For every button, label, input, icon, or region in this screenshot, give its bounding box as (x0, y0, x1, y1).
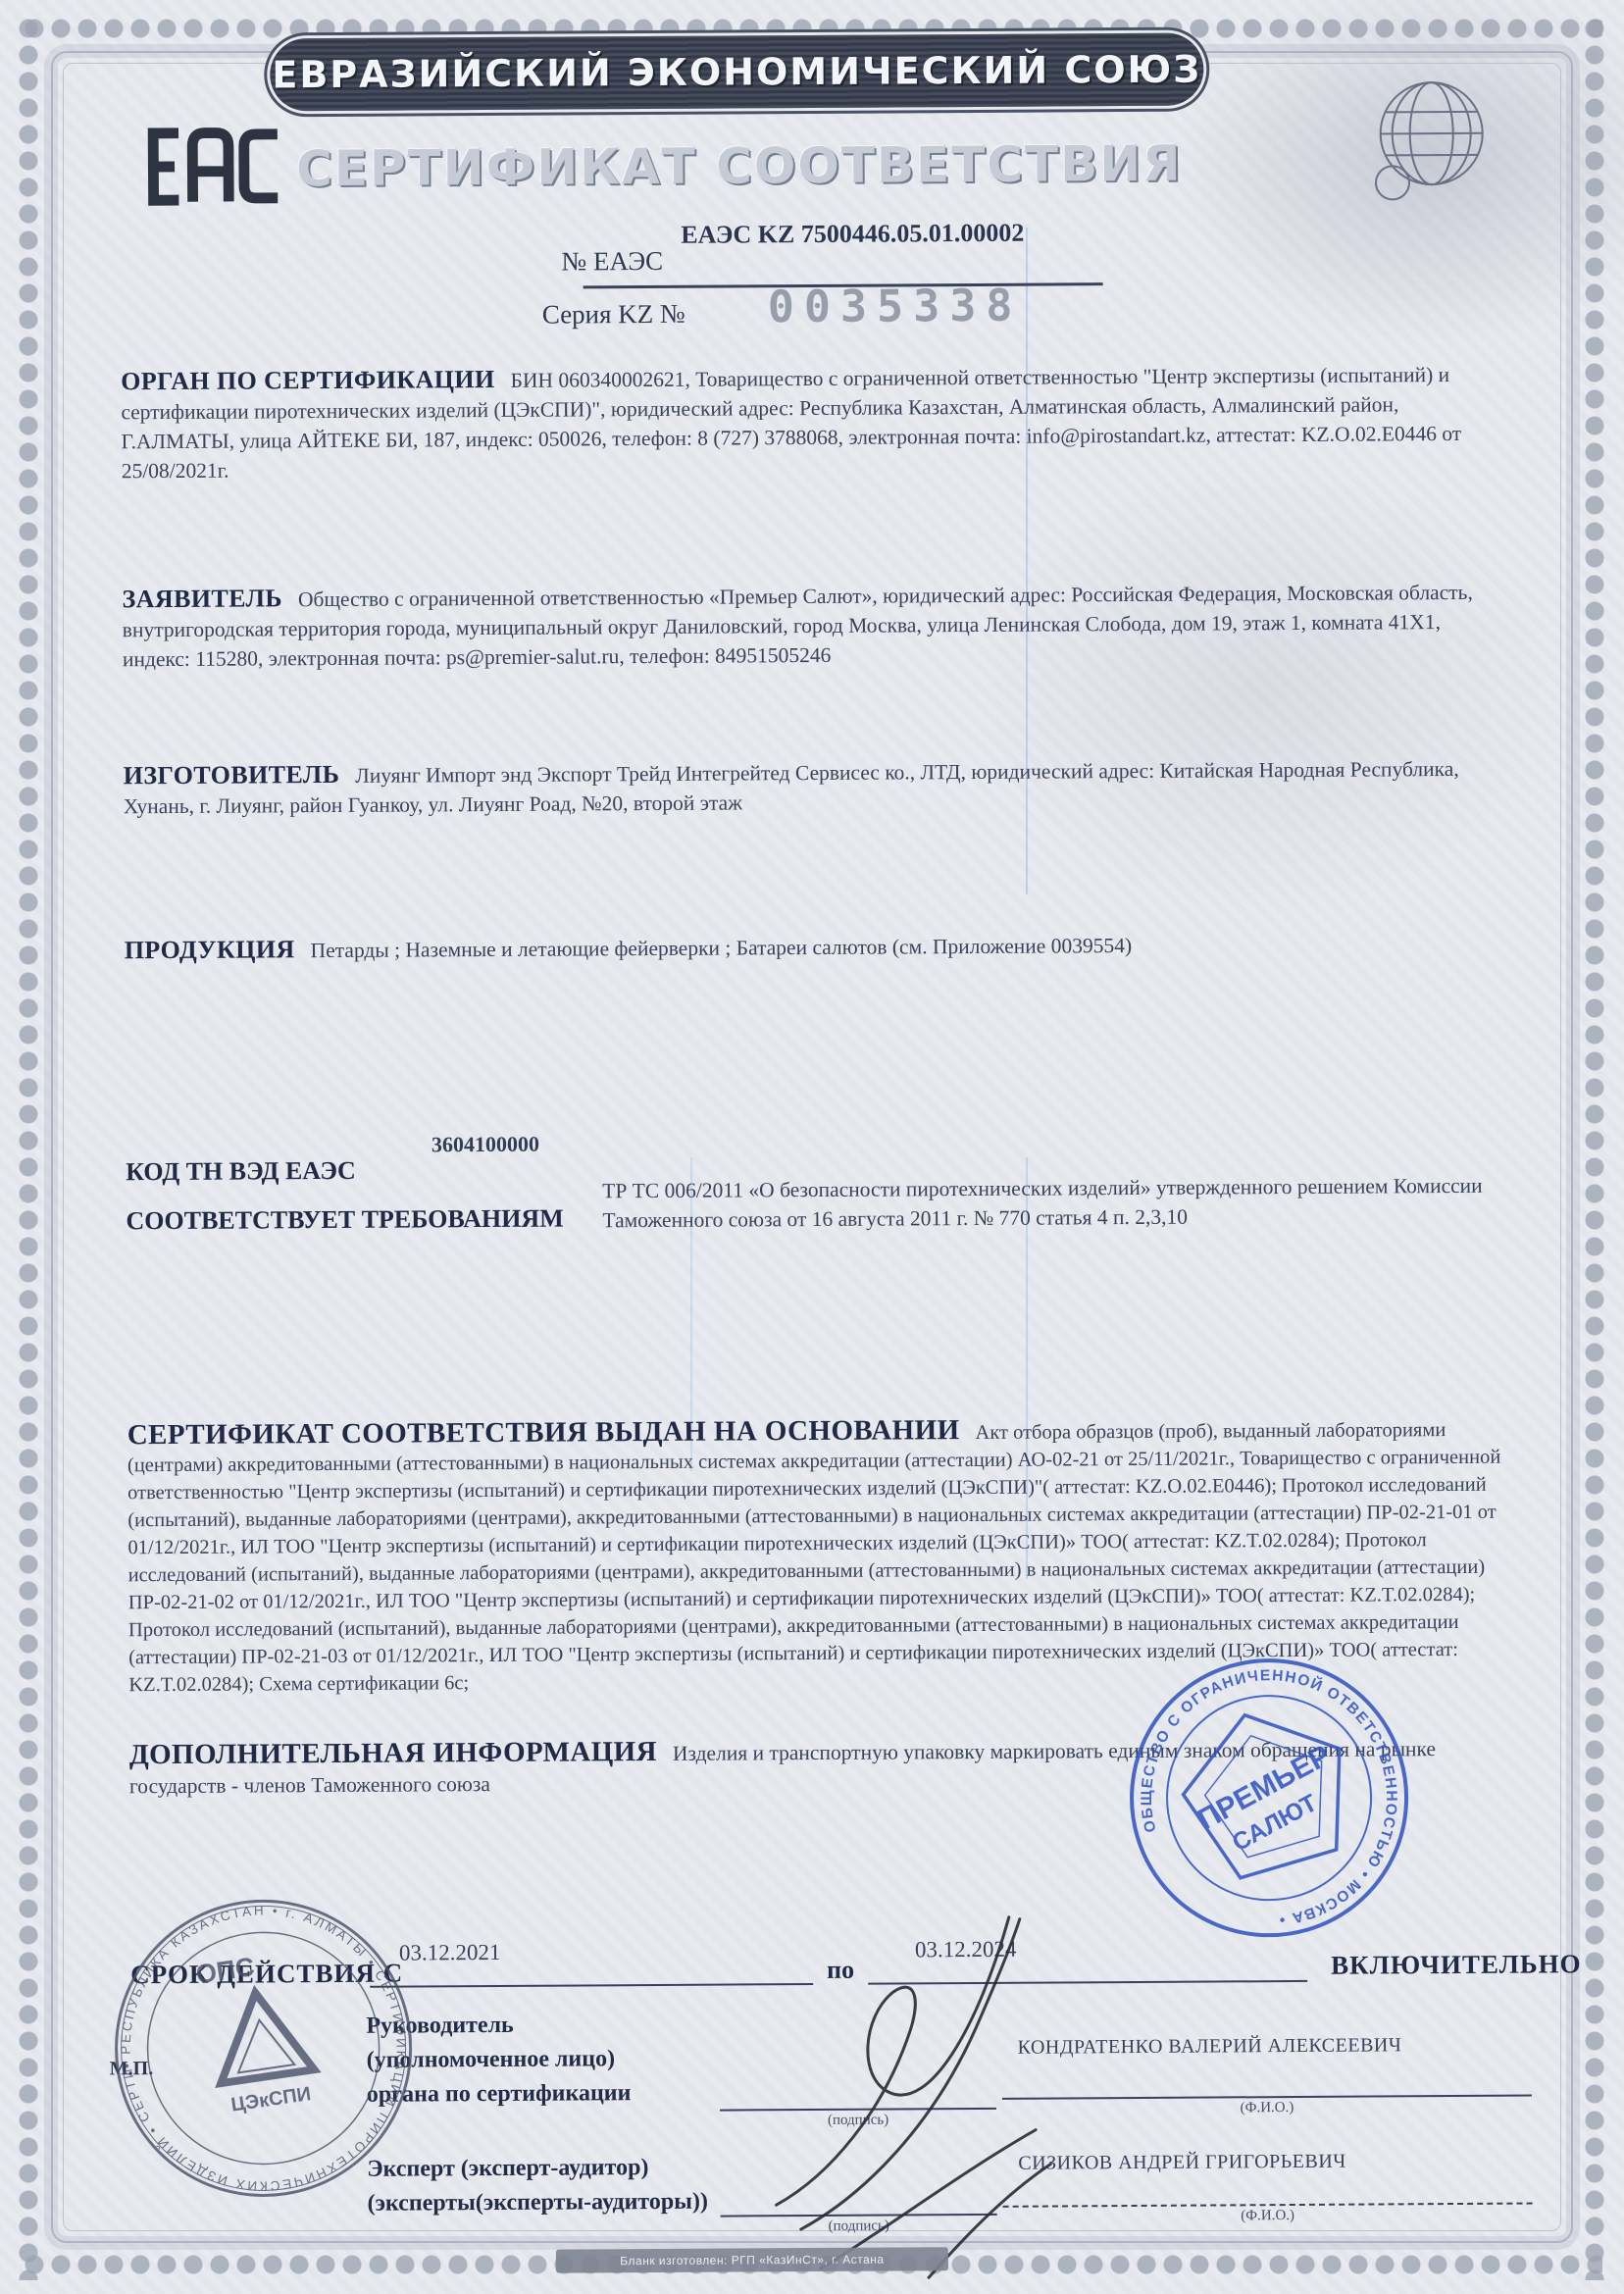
left-stamp-ops-text: ОПС (194, 1952, 257, 1989)
number-value: ЕАЭС KZ 7500446.05.01.00002 (592, 218, 1112, 250)
union-banner-text: ЕВРАЗИЙСКИЙ ЭКОНОМИЧЕСКИЙ СОЮЗ (272, 48, 1201, 97)
applicant-text: Общество с ограниченной ответственностью… (123, 580, 1473, 670)
footer-print-note-text: Бланк изготовлен: РГП «КазИнСт», г. Аста… (620, 2253, 884, 2269)
certification-body-stamp: • РЕСПУБЛИКА КАЗАХСТАН • г. АЛМАТЫ • СЕР… (77, 1862, 449, 2234)
doc-title: СЕРТИФИКАТ СООТВЕТСТВИЯ (279, 135, 1200, 198)
additional-info-label: ДОПОЛНИТЕЛЬНАЯ ИНФОРМАЦИЯ (129, 1735, 673, 1769)
validity-inclusive-label: ВКЛЮЧИТЕЛЬНО (1331, 1949, 1582, 1981)
section-manufacturer: ИЗГОТОВИТЕЛЬЛиуянг Импорт энд Экспорт Тр… (124, 752, 1504, 821)
footer-print-note: Бланк изготовлен: РГП «КазИнСт», г. Аста… (556, 2247, 948, 2272)
series-value: 0035338 (768, 280, 1023, 333)
eac-logo (141, 117, 289, 216)
number-label: № ЕАЭС (561, 246, 663, 278)
requirements-label: СООТВЕТСТВУЕТ ТРЕБОВАНИЯМ (126, 1204, 563, 1237)
globe-emblem-icon (1358, 73, 1497, 211)
tn-ved-label: КОД ТН ВЭД ЕАЭС (126, 1156, 356, 1187)
certification-body-label: ОРГАН ПО СЕРТИФИКАЦИИ (121, 364, 511, 394)
products-label: ПРОДУКЦИЯ (125, 935, 311, 964)
basis-label: СЕРТИФИКАТ СООТВЕТСТВИЯ ВЫДАН НА ОСНОВАН… (127, 1413, 976, 1450)
series-label: Серия KZ № (542, 299, 685, 331)
manufacturer-label: ИЗГОТОВИТЕЛЬ (124, 759, 356, 789)
tn-ved-value: 3604100000 (431, 1132, 539, 1158)
section-applicant: ЗАЯВИТЕЛЬОбщество с ограниченной ответст… (122, 576, 1503, 674)
certificate-page: ЕВРАЗИЙСКИЙ ЭКОНОМИЧЕСКИЙ СОЮЗ СЕРТИФИКА… (0, 0, 1624, 2294)
signature-scribble (682, 1879, 1095, 2284)
requirements-text: ТР ТС 006/2011 «О безопасности пиротехни… (602, 1171, 1512, 1236)
union-banner: ЕВРАЗИЙСКИЙ ЭКОНОМИЧЕСКИЙ СОЮЗ (270, 33, 1203, 112)
section-certification-body: ОРГАН ПО СЕРТИФИКАЦИИБИН 060340002621, Т… (121, 358, 1502, 485)
scan-content: ЕВРАЗИЙСКИЙ ЭКОНОМИЧЕСКИЙ СОЮЗ СЕРТИФИКА… (0, 0, 1624, 2294)
applicant-label: ЗАЯВИТЕЛЬ (122, 584, 298, 613)
products-text: Петарды ; Наземные и летающие фейерверки… (311, 934, 1133, 962)
section-products: ПРОДУКЦИЯПетарды ; Наземные и летающие ф… (125, 927, 1505, 966)
left-stamp-code-text: ЦЭкСПИ (229, 2083, 312, 2116)
